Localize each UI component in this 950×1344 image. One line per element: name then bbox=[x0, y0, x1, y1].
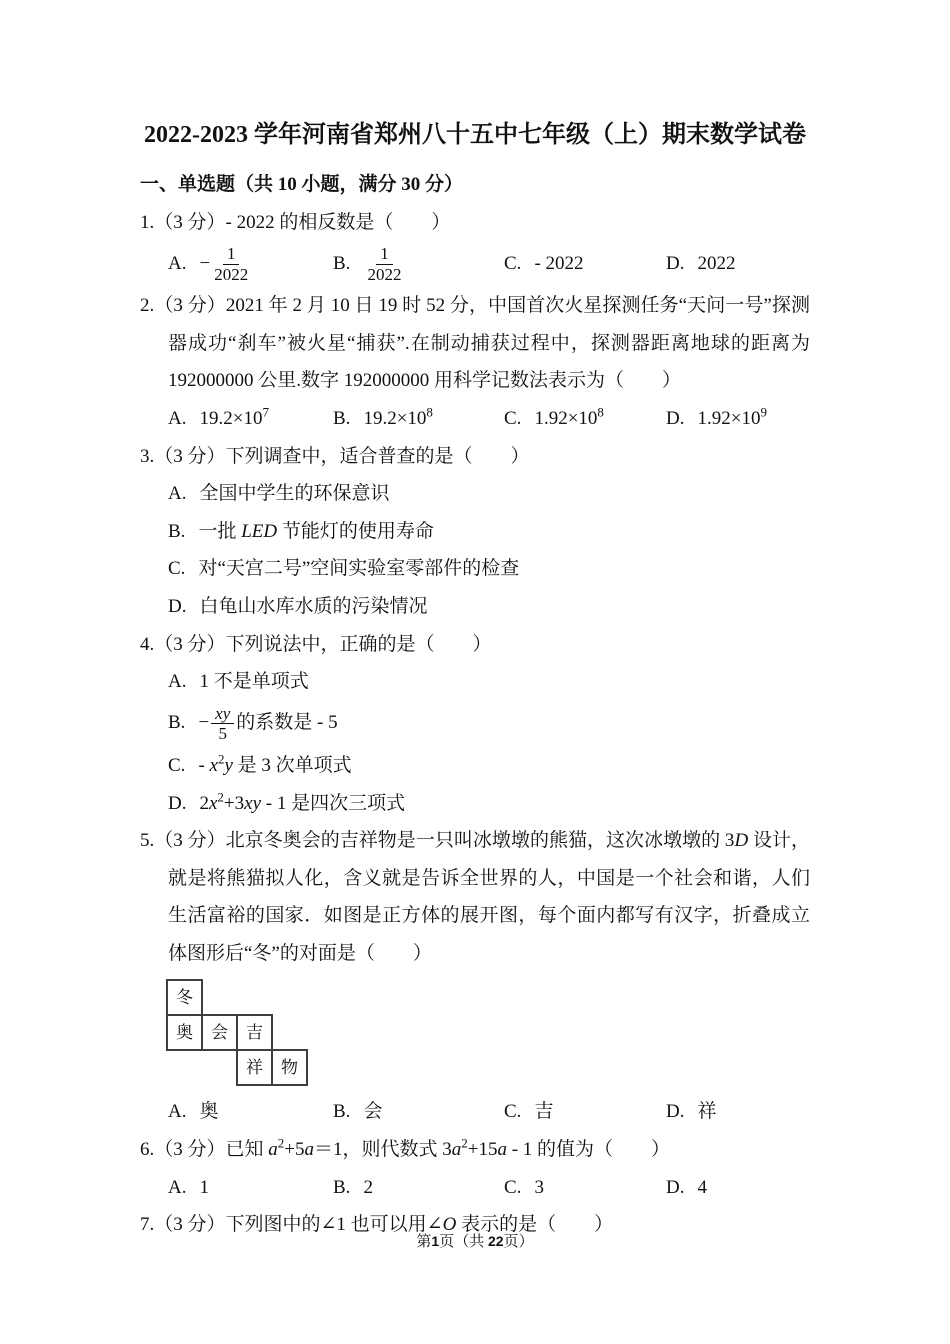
question-5-option-B: B.会 bbox=[333, 1093, 504, 1131]
question-4: 4.（3 分）下列说法中，正确的是（ ）A.1 不是单项式B.−xy5的系数是 … bbox=[140, 626, 810, 822]
option-text: 白龟山水库水质的污染情况 bbox=[199, 596, 427, 617]
question-1-option-D: D.2022 bbox=[666, 245, 810, 283]
option-text: 2x2+3xy - 1 是四次三项式 bbox=[199, 793, 405, 814]
question-5-option-C: C.吉 bbox=[504, 1093, 666, 1131]
option-key: C. bbox=[504, 253, 521, 274]
question-5-option-D: D.祥 bbox=[666, 1093, 810, 1131]
net-cell-祥: 祥 bbox=[236, 1049, 273, 1086]
net-cell-奥: 奥 bbox=[166, 1014, 203, 1051]
net-cell-冬: 冬 bbox=[166, 979, 203, 1016]
option-key: A. bbox=[168, 253, 186, 274]
question-6-body: 6.（3 分）已知 a2+5a＝1，则代数式 3a2+15a - 1 的值为（ … bbox=[140, 1131, 810, 1169]
option-key: A. bbox=[168, 1177, 186, 1198]
option-text: 祥 bbox=[697, 1101, 716, 1122]
fraction: 12022 bbox=[365, 241, 403, 287]
question-2-option-A: A.19.2×107 bbox=[168, 400, 333, 438]
question-5-options: A.奥B.会C.吉D.祥 bbox=[140, 1093, 810, 1131]
option-key: D. bbox=[666, 1177, 684, 1198]
section-header: 一、单选题（共 10 小题，满分 30 分） bbox=[140, 166, 810, 204]
option-key: D. bbox=[666, 1101, 684, 1122]
option-key: B. bbox=[168, 712, 185, 733]
option-text: - x2y 是 3 次单项式 bbox=[198, 755, 351, 776]
option-text: 全国中学生的环保意识 bbox=[199, 483, 389, 504]
option-key: C. bbox=[168, 558, 185, 579]
question-6-option-A: A.1 bbox=[168, 1169, 333, 1207]
option-text: 奥 bbox=[199, 1101, 218, 1122]
option-key: C. bbox=[504, 1101, 521, 1122]
option-text: 19.2×107 bbox=[199, 408, 268, 429]
option-text: 对“天宫二号”空间实验室零部件的检查 bbox=[198, 558, 519, 579]
question-3: 3.（3 分）下列调查中，适合普查的是（ ）A.全国中学生的环保意识B.一批 L… bbox=[140, 438, 810, 626]
question-6-option-B: B.2 bbox=[333, 1169, 504, 1207]
option-key: D. bbox=[666, 253, 684, 274]
page-footer: 第1页（共 22页） bbox=[0, 1231, 950, 1252]
option-key: B. bbox=[333, 1177, 350, 1198]
option-key: B. bbox=[333, 253, 350, 274]
question-6-option-D: D.4 bbox=[666, 1169, 810, 1207]
option-text: 12022 bbox=[363, 253, 405, 274]
option-key: A. bbox=[168, 1101, 186, 1122]
question-1-options: A.−12022B.12022C.- 2022D.2022 bbox=[140, 241, 810, 287]
option-key: D. bbox=[666, 408, 684, 429]
option-text: −xy5的系数是 - 5 bbox=[198, 712, 337, 733]
question-3-option-C: C.对“天宫二号”空间实验室零部件的检查 bbox=[168, 550, 810, 588]
question-4-option-B: B.−xy5的系数是 - 5 bbox=[168, 701, 810, 747]
question-6: 6.（3 分）已知 a2+5a＝1，则代数式 3a2+15a - 1 的值为（ … bbox=[140, 1131, 810, 1206]
option-key: C. bbox=[168, 755, 185, 776]
question-3-option-A: A.全国中学生的环保意识 bbox=[168, 475, 810, 513]
question-2-option-D: D.1.92×109 bbox=[666, 400, 810, 438]
option-text: 2 bbox=[363, 1177, 373, 1198]
question-3-option-D: D.白龟山水库水质的污染情况 bbox=[168, 588, 810, 626]
question-5-body: 5.（3 分）北京冬奥会的吉祥物是一只叫冰墩墩的熊猫，这次冰墩墩的 3D 设计，… bbox=[140, 822, 810, 972]
option-text: 1.92×108 bbox=[534, 408, 603, 429]
option-text: 一批 LED 节能灯的使用寿命 bbox=[198, 521, 433, 542]
question-2-options: A.19.2×107B.19.2×108C.1.92×108D.1.92×109 bbox=[140, 400, 810, 438]
exam-title: 2022-2023 学年河南省郑州八十五中七年级（上）期末数学试卷 bbox=[140, 118, 810, 152]
question-2: 2.（3 分）2021 年 2 月 10 日 19 时 52 分，中国首次火星探… bbox=[140, 287, 810, 437]
question-5: 5.（3 分）北京冬奥会的吉祥物是一只叫冰墩墩的熊猫，这次冰墩墩的 3D 设计，… bbox=[140, 822, 810, 1131]
fraction: xy5 bbox=[211, 701, 234, 747]
exam-page: 2022-2023 学年河南省郑州八十五中七年级（上）期末数学试卷 一、单选题（… bbox=[0, 0, 950, 1344]
option-text: 会 bbox=[363, 1101, 382, 1122]
cube-net-diagram: 冬奥会吉祥物 bbox=[166, 979, 308, 1086]
option-text: - 2022 bbox=[534, 253, 583, 274]
question-4-option-A: A.1 不是单项式 bbox=[168, 663, 810, 701]
option-text: 19.2×108 bbox=[363, 408, 432, 429]
question-5-option-A: A.奥 bbox=[168, 1093, 333, 1131]
page-number: 第1页（共 22页） bbox=[416, 1234, 533, 1250]
question-1: 1.（3 分）- 2022 的相反数是（ ）A.−12022B.12022C.-… bbox=[140, 204, 810, 288]
net-cell-物: 物 bbox=[271, 1049, 308, 1086]
option-key: A. bbox=[168, 483, 186, 504]
question-3-body: 3.（3 分）下列调查中，适合普查的是（ ） bbox=[140, 438, 810, 476]
question-2-option-B: B.19.2×108 bbox=[333, 400, 504, 438]
net-cell-吉: 吉 bbox=[236, 1014, 273, 1051]
option-key: D. bbox=[168, 793, 186, 814]
fraction: 12022 bbox=[212, 241, 250, 287]
option-text: 2022 bbox=[697, 253, 735, 274]
question-3-option-B: B.一批 LED 节能灯的使用寿命 bbox=[168, 513, 810, 551]
question-4-option-D: D.2x2+3xy - 1 是四次三项式 bbox=[168, 785, 810, 823]
option-key: D. bbox=[168, 596, 186, 617]
option-text: −12022 bbox=[199, 253, 252, 274]
option-text: 4 bbox=[697, 1177, 707, 1198]
question-list: 1.（3 分）- 2022 的相反数是（ ）A.−12022B.12022C.-… bbox=[140, 204, 810, 1244]
option-text: 1 不是单项式 bbox=[199, 671, 308, 692]
option-key: C. bbox=[504, 408, 521, 429]
option-key: A. bbox=[168, 408, 186, 429]
net-cell-会: 会 bbox=[201, 1014, 238, 1051]
option-key: B. bbox=[333, 408, 350, 429]
option-key: B. bbox=[333, 1101, 350, 1122]
question-1-body: 1.（3 分）- 2022 的相反数是（ ） bbox=[140, 204, 810, 242]
question-4-body: 4.（3 分）下列说法中，正确的是（ ） bbox=[140, 626, 810, 664]
option-key: B. bbox=[168, 521, 185, 542]
question-6-options: A.1B.2C.3D.4 bbox=[140, 1169, 810, 1207]
option-text: 吉 bbox=[534, 1101, 553, 1122]
question-2-body: 2.（3 分）2021 年 2 月 10 日 19 时 52 分，中国首次火星探… bbox=[140, 287, 810, 400]
option-text: 1 bbox=[199, 1177, 209, 1198]
question-1-option-A: A.−12022 bbox=[168, 241, 333, 287]
question-3-options: A.全国中学生的环保意识B.一批 LED 节能灯的使用寿命C.对“天宫二号”空间… bbox=[140, 475, 810, 625]
option-text: 1.92×109 bbox=[697, 408, 766, 429]
option-key: C. bbox=[504, 1177, 521, 1198]
question-4-options: A.1 不是单项式B.−xy5的系数是 - 5C.- x2y 是 3 次单项式D… bbox=[140, 663, 810, 822]
question-1-option-C: C.- 2022 bbox=[504, 245, 666, 283]
question-2-option-C: C.1.92×108 bbox=[504, 400, 666, 438]
question-4-option-C: C.- x2y 是 3 次单项式 bbox=[168, 747, 810, 785]
question-6-option-C: C.3 bbox=[504, 1169, 666, 1207]
option-key: A. bbox=[168, 671, 186, 692]
option-text: 3 bbox=[534, 1177, 544, 1198]
question-1-option-B: B.12022 bbox=[333, 241, 504, 287]
